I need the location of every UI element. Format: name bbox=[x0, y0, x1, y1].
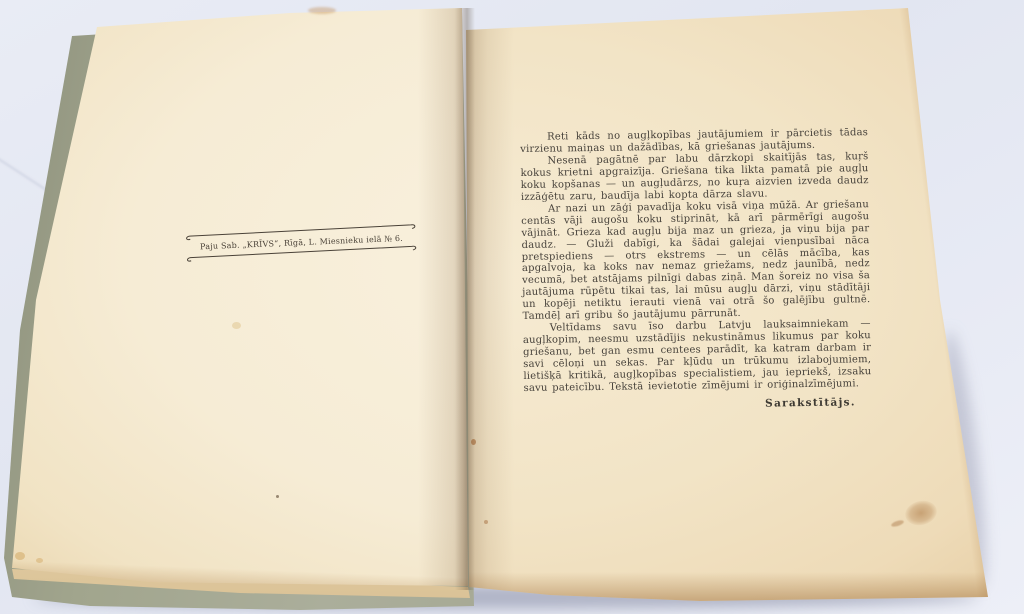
speck bbox=[276, 495, 279, 498]
spot bbox=[232, 322, 241, 329]
spine-fold-shadow bbox=[455, 8, 475, 590]
spot bbox=[36, 558, 43, 563]
paragraph-4: Veltīdams savu īso darbu Latvju lauksaim… bbox=[523, 318, 872, 395]
speck bbox=[471, 439, 476, 445]
smudge bbox=[308, 7, 336, 14]
paragraph-2: Nesenā pagātnē par labu dārzkopi skaitīj… bbox=[520, 151, 869, 204]
right-page-text: Reti kāds no augļkopības jautājumiem ir … bbox=[520, 127, 872, 414]
spot bbox=[15, 552, 25, 560]
speck bbox=[484, 520, 488, 524]
paragraph-3: Ar nazi un zāģi pavadīja koku visā viņa … bbox=[521, 199, 871, 323]
left-page-top-edge-shading bbox=[92, 0, 468, 20]
photo-open-book: Paju Sab. „KRĪVS“, Rīgā, L. Miesnieku ie… bbox=[0, 0, 1024, 614]
right-page-top-edge-shading bbox=[460, 0, 916, 22]
